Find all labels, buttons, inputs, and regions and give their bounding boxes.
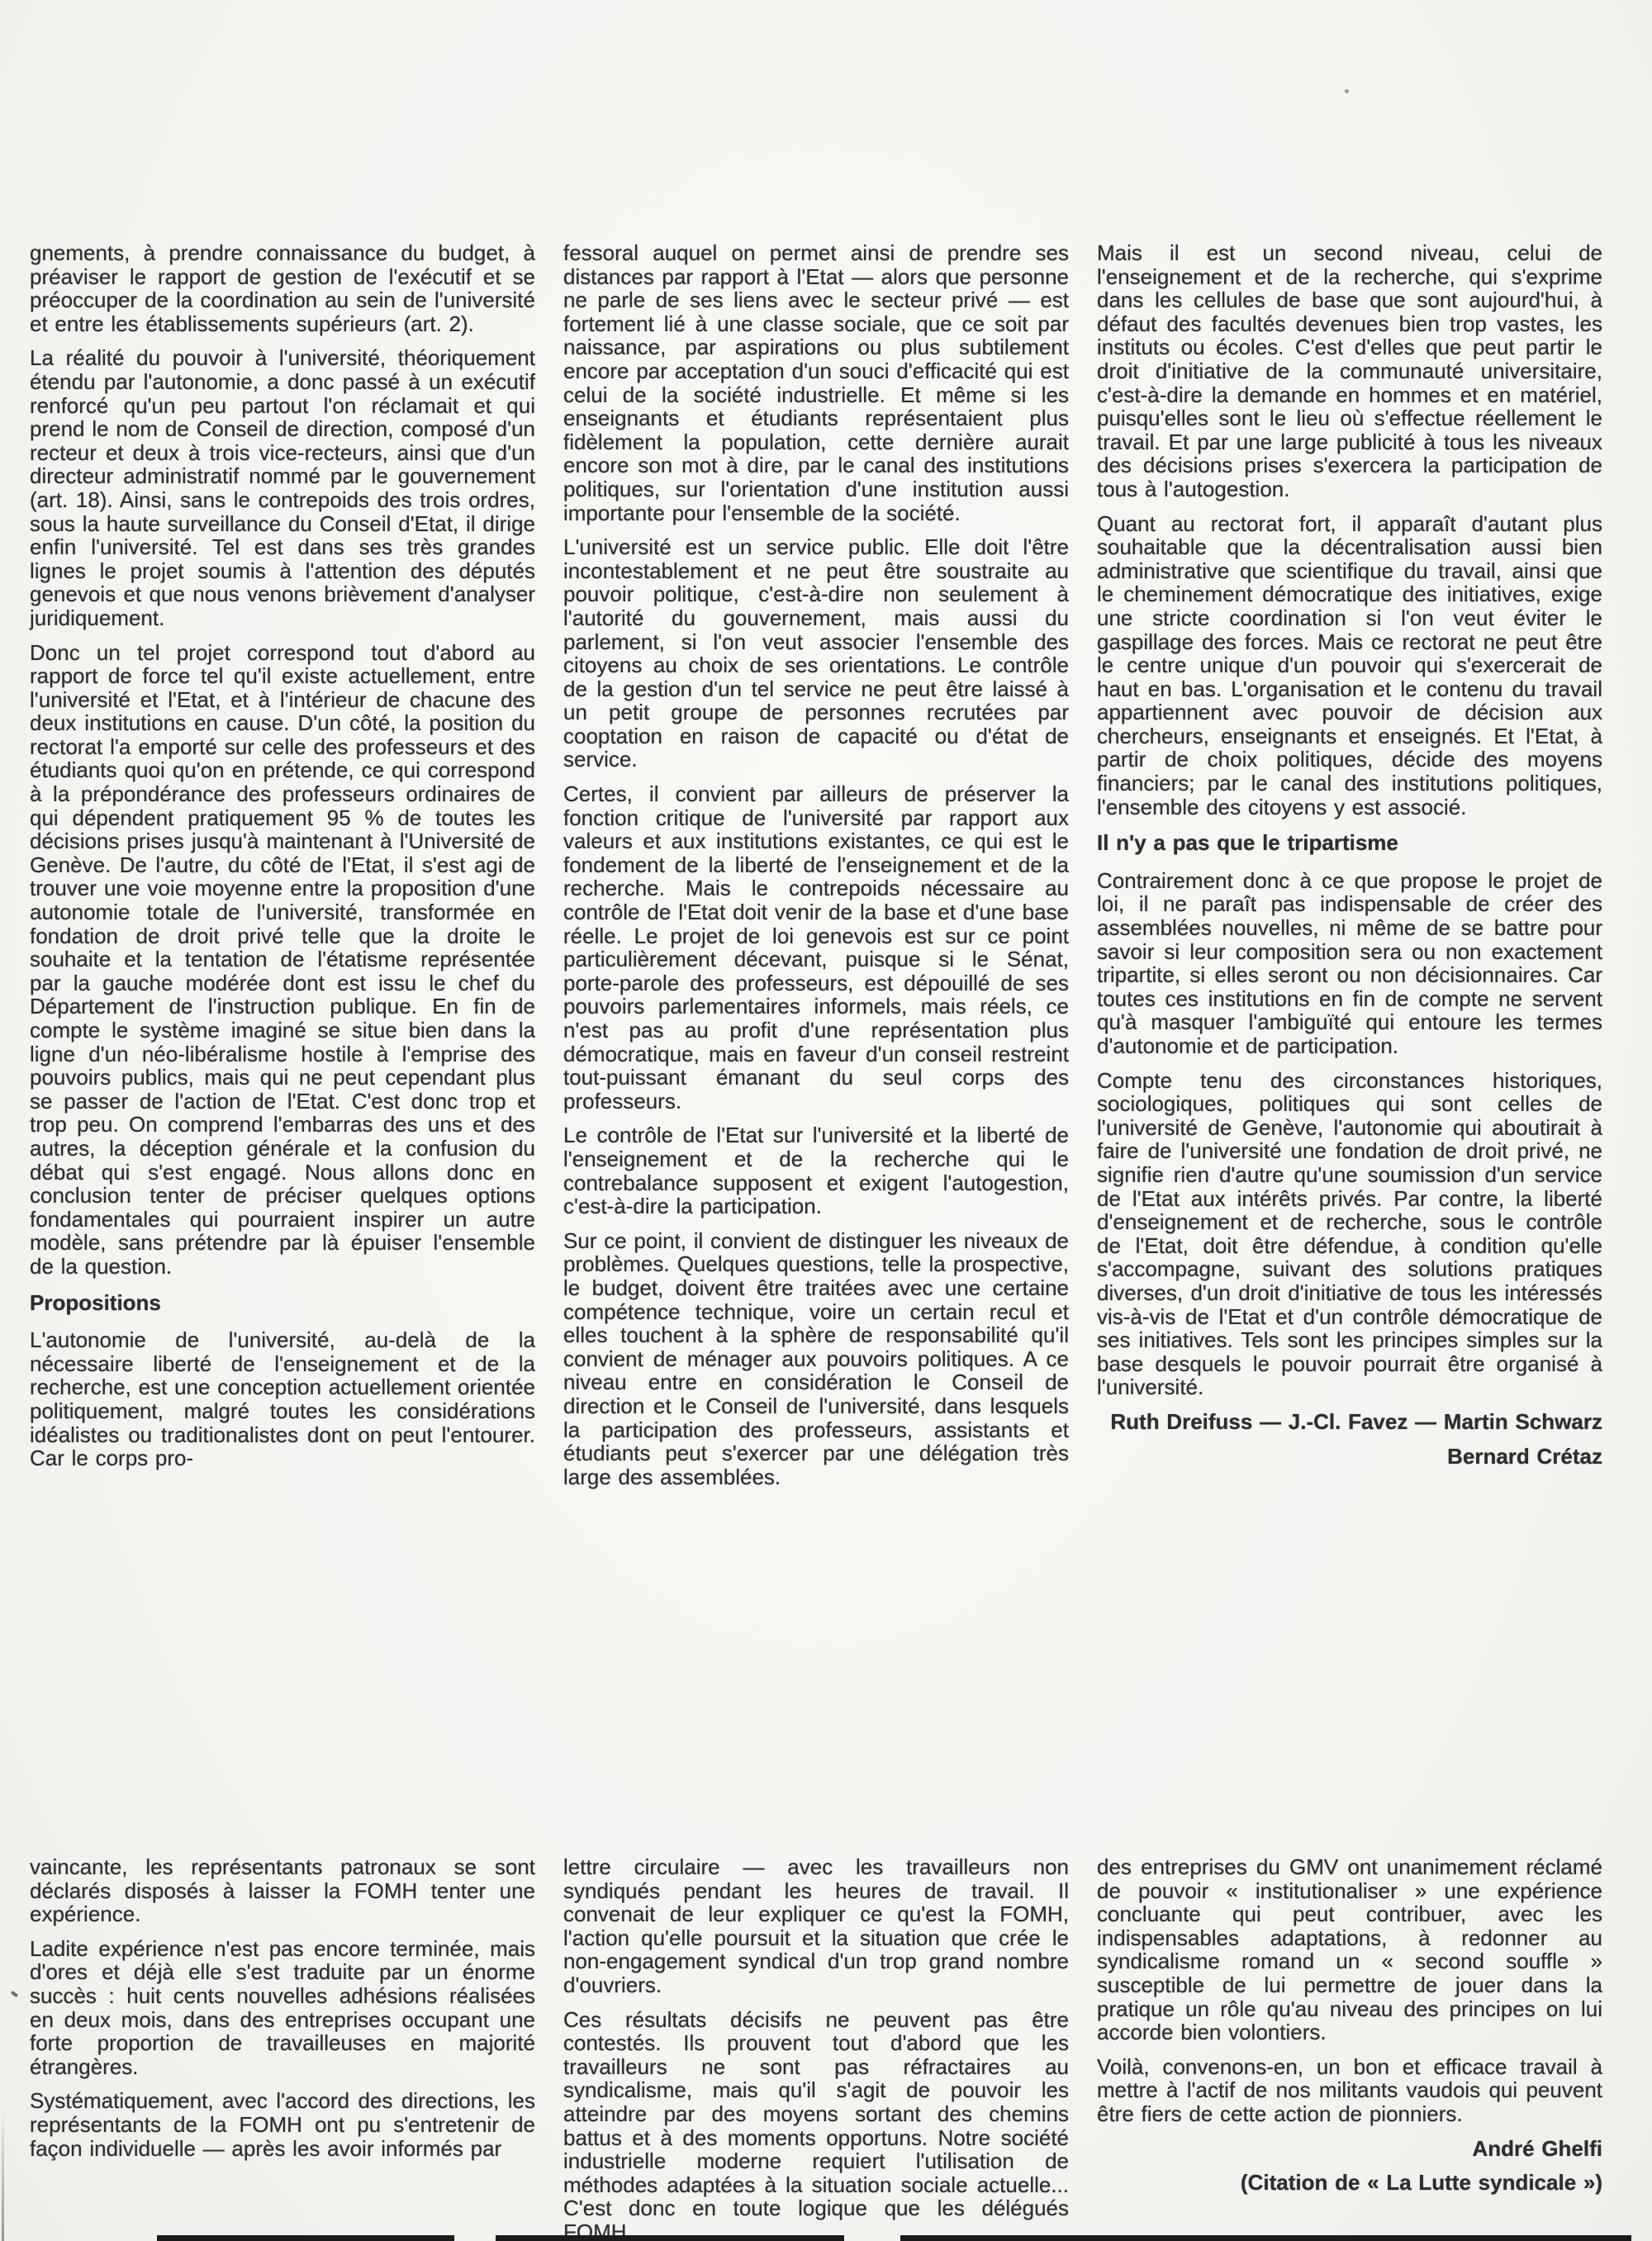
- section-heading-propositions: Propositions: [30, 1291, 535, 1315]
- signature-line: André Ghelfi: [1097, 2137, 1602, 2161]
- article-paragraph: fessoral auquel on permet ainsi de prend…: [563, 241, 1069, 525]
- scan-edge-bar: [157, 2235, 454, 2241]
- article-paragraph: gnements, à prendre connaissance du budg…: [30, 241, 535, 335]
- article-paragraph: Contrairement donc à ce que propose le p…: [1097, 869, 1602, 1058]
- author-signatures: Ruth Dreifuss — J.-Cl. Favez — Martin Sc…: [1097, 1410, 1602, 1468]
- bottom-article: vaincante, les représentants patronaux s…: [30, 1855, 1602, 2241]
- article-paragraph: Compte tenu des circonstances historique…: [1097, 1069, 1602, 1399]
- main-article: gnements, à prendre connaissance du budg…: [30, 241, 1602, 1488]
- section-heading-tripartisme: Il n'y a pas que le tripartisme: [1097, 831, 1602, 855]
- signature-line: Ruth Dreifuss — J.-Cl. Favez — Martin Sc…: [1097, 1410, 1602, 1434]
- bottom-article-column-3: des entreprises du GMV ont unanimement r…: [1097, 1855, 1602, 2241]
- article-paragraph: Certes, il convient par ailleurs de prés…: [563, 782, 1069, 1113]
- article-paragraph: Ces résultats décisifs ne peuvent pas êt…: [563, 2008, 1069, 2241]
- citation-line: (Citation de « La Lutte syndicale »): [1097, 2171, 1602, 2195]
- article-paragraph: Systématiquement, avec l'accord des dire…: [30, 2089, 535, 2160]
- bottom-article-column-2: lettre circulaire — avec les travailleur…: [563, 1855, 1069, 2241]
- scanned-newspaper-page: gnements, à prendre connaissance du budg…: [0, 0, 1652, 2241]
- scan-edge-bar: [900, 2235, 1631, 2241]
- article-paragraph: Le contrôle de l'Etat sur l'université e…: [563, 1123, 1069, 1218]
- article-paragraph: La réalité du pouvoir à l'université, th…: [30, 346, 535, 629]
- scan-margin-mark: [11, 1991, 19, 1998]
- scan-edge-bar: [496, 2235, 844, 2241]
- article-paragraph: L'autonomie de l'université, au-delà de …: [30, 1328, 535, 1470]
- bottom-article-column-1: vaincante, les représentants patronaux s…: [30, 1855, 535, 2241]
- article-paragraph: lettre circulaire — avec les travailleur…: [563, 1855, 1069, 1997]
- article-paragraph: Donc un tel projet correspond tout d'abo…: [30, 641, 535, 1279]
- scan-speck: [1345, 89, 1349, 93]
- signature-line: Bernard Crétaz: [1097, 1445, 1602, 1469]
- article-paragraph: vaincante, les représentants patronaux s…: [30, 1855, 535, 1926]
- article-paragraph: Sur ce point, il convient de distinguer …: [563, 1229, 1069, 1489]
- article-paragraph: des entreprises du GMV ont unanimement r…: [1097, 1855, 1602, 2044]
- article-paragraph: Quant au rectorat fort, il apparaît d'au…: [1097, 512, 1602, 819]
- main-article-column-3: Mais il est un second niveau, celui de l…: [1097, 241, 1602, 1488]
- main-article-column-1: gnements, à prendre connaissance du budg…: [30, 241, 535, 1488]
- article-paragraph: L'université est un service public. Elle…: [563, 535, 1069, 772]
- author-signature: André Ghelfi (Citation de « La Lutte syn…: [1097, 2137, 1602, 2195]
- article-paragraph: Ladite expérience n'est pas encore termi…: [30, 1937, 535, 2079]
- article-paragraph: Voilà, convenons-en, un bon et efficace …: [1097, 2055, 1602, 2126]
- scan-left-edge-line: [2, 2109, 4, 2241]
- main-article-column-2: fessoral auquel on permet ainsi de prend…: [563, 241, 1069, 1488]
- article-paragraph: Mais il est un second niveau, celui de l…: [1097, 241, 1602, 501]
